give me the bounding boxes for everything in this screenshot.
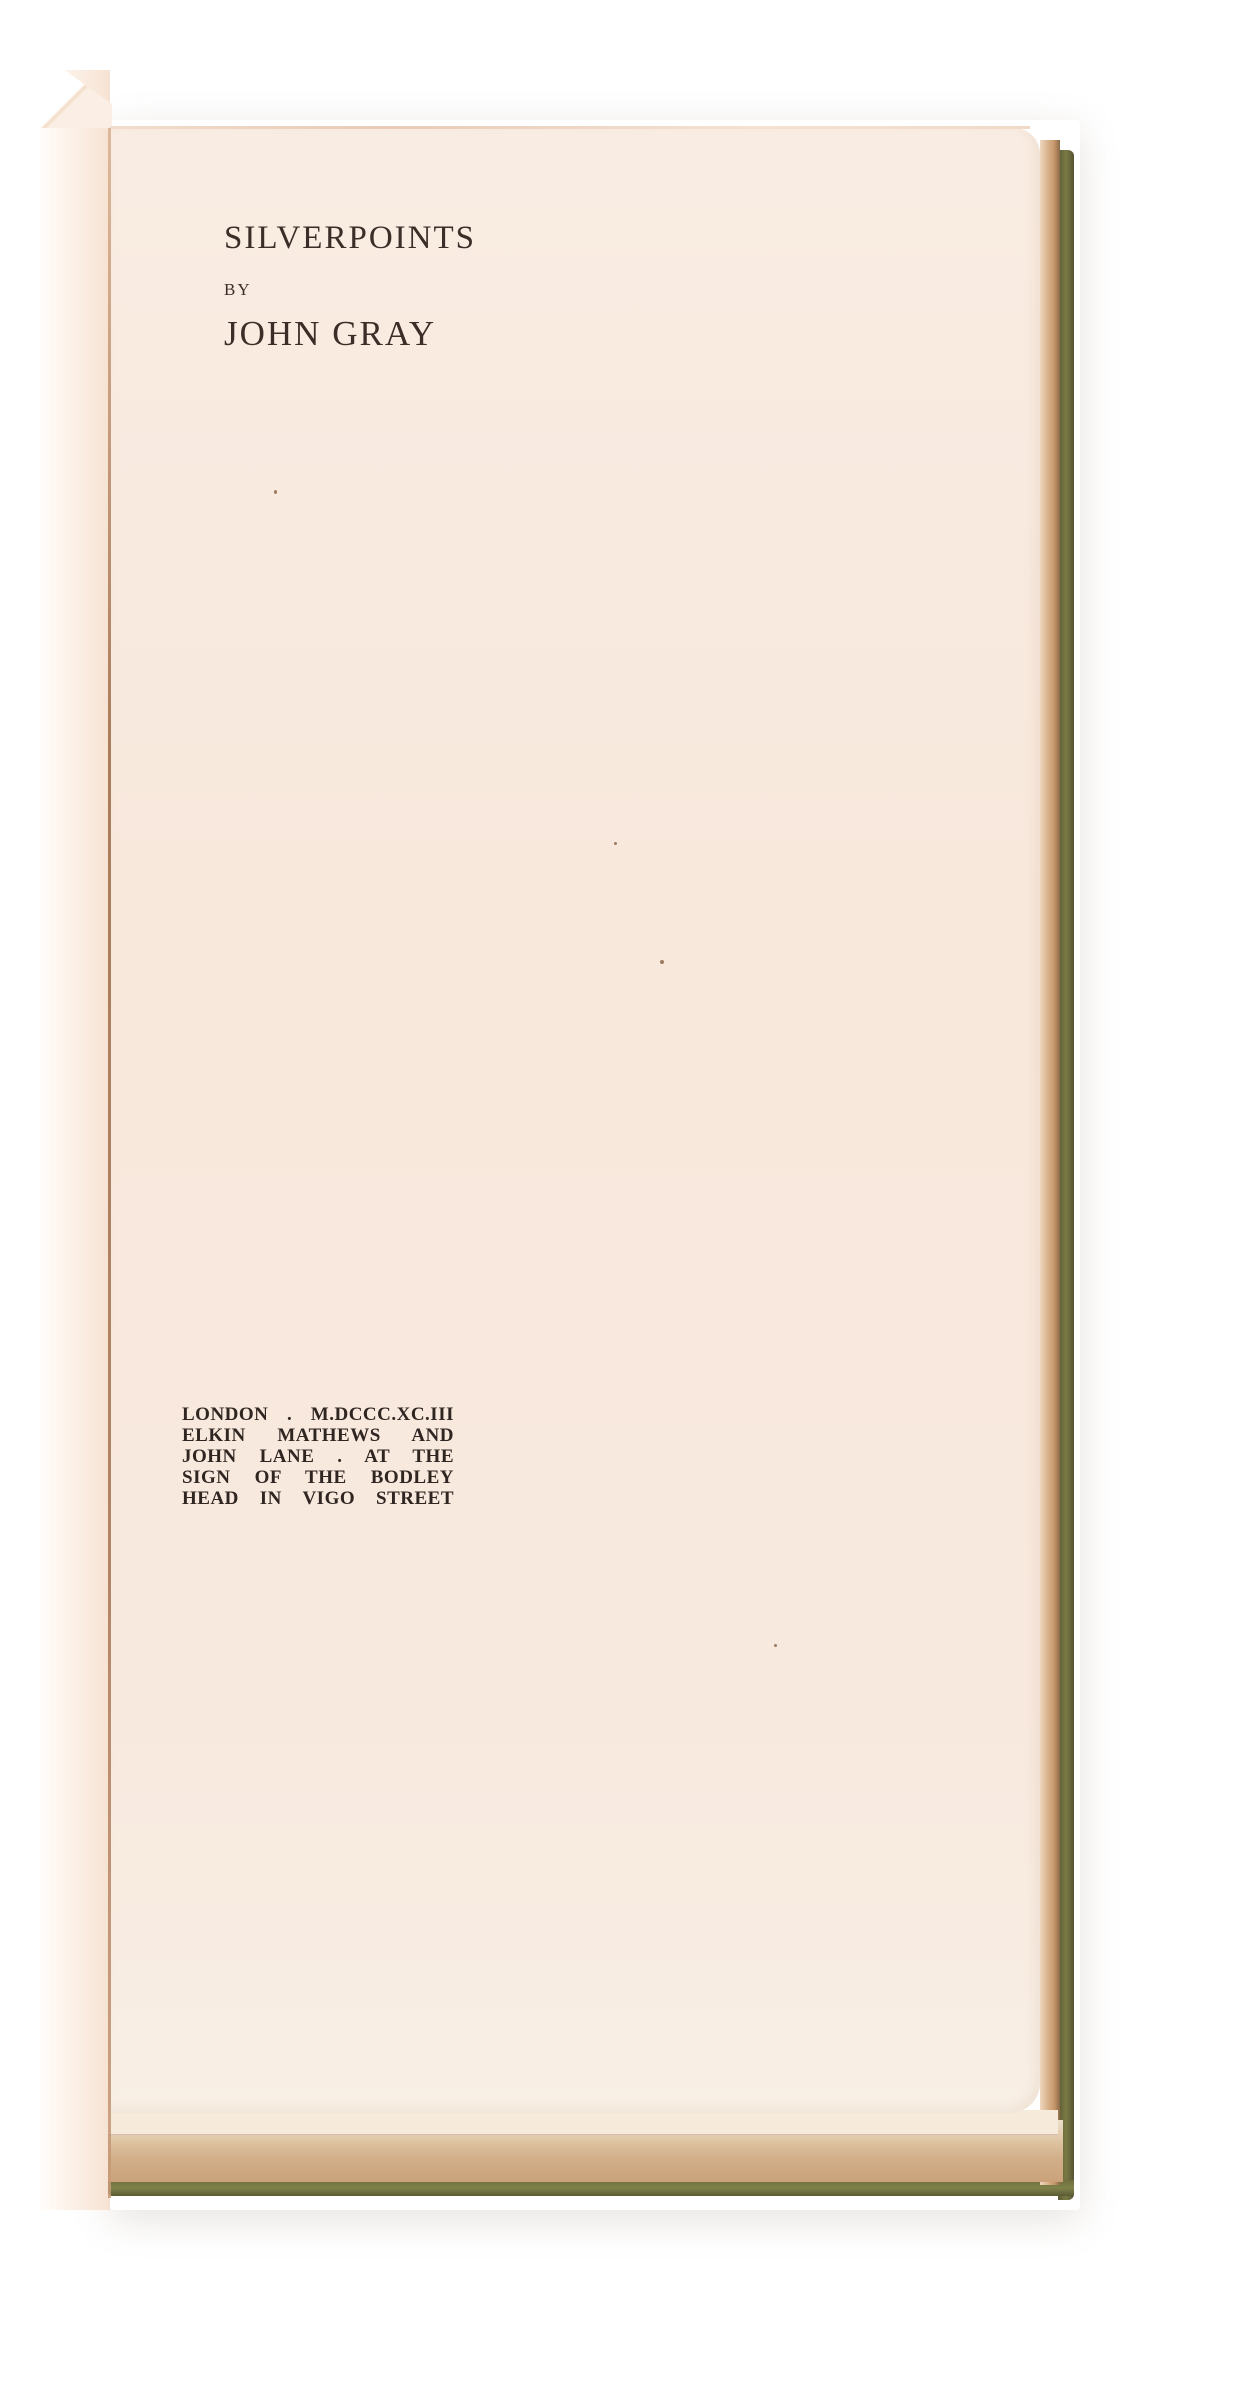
imprint-line: JOHN LANE . AT THE xyxy=(182,1446,454,1467)
by-line: BY xyxy=(224,280,476,300)
imprint-line: ELKIN MATHEWS AND xyxy=(182,1425,454,1446)
publisher-imprint: LONDON . M.DCCC.XC.III ELKIN MATHEWS AND… xyxy=(182,1404,454,1509)
imprint-line: SIGN OF THE BODLEY xyxy=(182,1467,454,1488)
foxing-spot xyxy=(614,842,617,845)
book-photograph: SILVERPOINTS BY JOHN GRAY LONDON . M.DCC… xyxy=(0,0,1248,2385)
cloth-binding-right xyxy=(1058,150,1074,2200)
imprint-line: HEAD IN VIGO STREET xyxy=(182,1488,454,1509)
title-block: SILVERPOINTS BY JOHN GRAY xyxy=(224,218,476,354)
page-block-edge-right xyxy=(1040,140,1060,2185)
author-name: JOHN GRAY xyxy=(224,314,476,354)
gutter-line xyxy=(108,128,111,2198)
front-board-folded xyxy=(40,70,110,2210)
underlying-leaf xyxy=(108,2110,1058,2135)
foxing-spot xyxy=(274,490,277,494)
foxing-spot xyxy=(660,960,664,964)
page-top-edge xyxy=(110,126,1030,129)
imprint-line: LONDON . M.DCCC.XC.III xyxy=(182,1404,454,1425)
book-title: SILVERPOINTS xyxy=(224,218,476,258)
cloth-binding-bottom xyxy=(108,2180,1074,2196)
title-page xyxy=(110,128,1040,2113)
foxing-spot xyxy=(774,1644,777,1647)
